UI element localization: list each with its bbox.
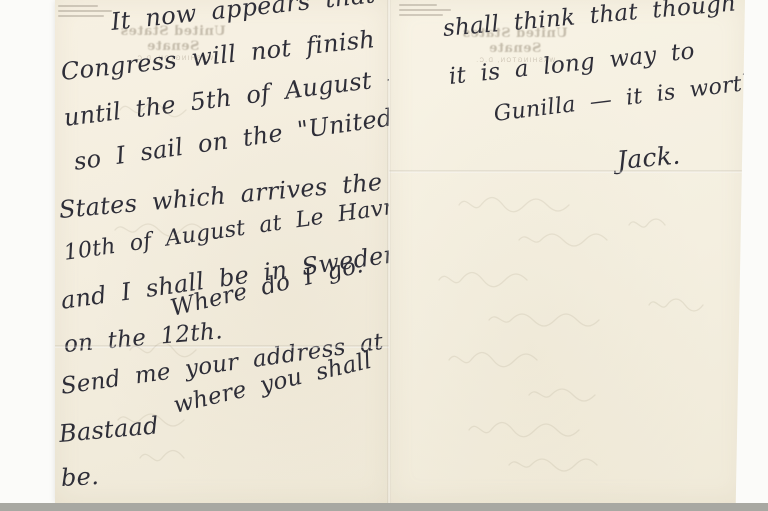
center-fold-gap — [387, 0, 391, 503]
ink-bleedthrough — [399, 185, 729, 495]
fold-crease — [389, 170, 745, 173]
letter-page-left: United States Senate WASHINGTON, D.C. It… — [55, 0, 389, 503]
printed-corner-block — [58, 2, 116, 20]
handwriting-line: shall think that though — [442, 0, 737, 42]
fold-crease — [55, 345, 389, 348]
handwriting-line: be. — [60, 462, 100, 492]
surface-below-paper — [0, 503, 768, 511]
letter-page-right: United States Senate WASHINGTON, D.C. sh… — [389, 0, 745, 503]
handwriting-line: on the 12th. — [63, 318, 224, 358]
handwriting-line: Bastaad — [58, 411, 160, 448]
photo-of-letter: United States Senate WASHINGTON, D.C. It… — [0, 0, 768, 511]
